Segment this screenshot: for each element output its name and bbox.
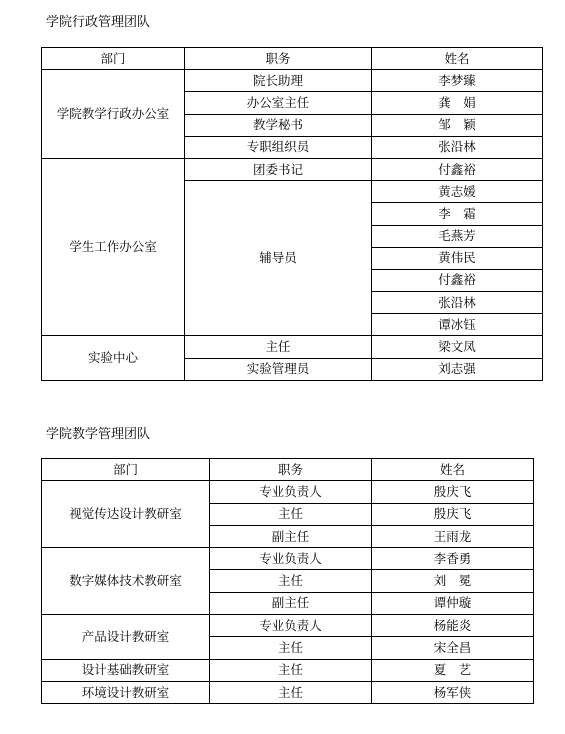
name-cell: 付鑫裕: [372, 269, 543, 291]
name-cell: 殷庆飞: [372, 503, 534, 525]
name-cell: 邹 颖: [372, 114, 543, 136]
department-cell: 视觉传达设计教研室: [42, 481, 210, 548]
table-row: 设计基础教研室 主任 夏 艺: [42, 659, 534, 681]
name-cell: 黄伟民: [372, 247, 543, 269]
position-cell: 专职组织员: [185, 136, 372, 158]
table-header-row: 部门 职务 姓名: [42, 48, 543, 70]
name-cell: 李梦臻: [372, 70, 543, 92]
table-row: 学院教学行政办公室 院长助理 李梦臻: [42, 70, 543, 92]
name-cell: 李 霜: [372, 203, 543, 225]
position-cell: 教学秘书: [185, 114, 372, 136]
position-cell: 主任: [210, 503, 372, 525]
table-row: 学生工作办公室 团委书记 付鑫裕: [42, 158, 543, 180]
position-cell: 专业负责人: [210, 615, 372, 637]
section-title-teaching-team: 学院教学管理团队: [46, 427, 150, 443]
position-cell: 专业负责人: [210, 481, 372, 503]
position-cell: 主任: [210, 637, 372, 659]
admin-team-table: 部门 职务 姓名 学院教学行政办公室 院长助理 李梦臻 办公室主任 龚 娟 教学…: [41, 47, 543, 381]
department-cell: 实验中心: [42, 336, 185, 380]
name-cell: 杨能炎: [372, 615, 534, 637]
position-cell: 专业负责人: [210, 548, 372, 570]
position-cell: 院长助理: [185, 70, 372, 92]
name-cell: 张沿林: [372, 292, 543, 314]
name-cell: 李香勇: [372, 548, 534, 570]
name-cell: 宋全昌: [372, 637, 534, 659]
table-row: 数字媒体技术教研室 专业负责人 李香勇: [42, 548, 534, 570]
header-name: 姓名: [372, 459, 534, 481]
name-cell: 谭冰钰: [372, 314, 543, 336]
table-row: 实验中心 主任 梁文凤: [42, 336, 543, 358]
position-cell: 主任: [185, 336, 372, 358]
table-row: 视觉传达设计教研室 专业负责人 殷庆飞: [42, 481, 534, 503]
position-cell: 实验管理员: [185, 358, 372, 380]
header-position: 职务: [210, 459, 372, 481]
name-cell: 夏 艺: [372, 659, 534, 681]
position-cell: 团委书记: [185, 158, 372, 180]
name-cell: 刘志强: [372, 358, 543, 380]
section-title-admin-team: 学院行政管理团队: [46, 15, 150, 31]
name-cell: 殷庆飞: [372, 481, 534, 503]
header-name: 姓名: [372, 48, 543, 70]
table-header-row: 部门 职务 姓名: [42, 459, 534, 481]
name-cell: 毛燕芳: [372, 225, 543, 247]
position-cell: 辅导员: [185, 181, 372, 336]
position-cell: 主任: [210, 681, 372, 703]
name-cell: 杨军侠: [372, 681, 534, 703]
department-cell: 数字媒体技术教研室: [42, 548, 210, 615]
department-cell: 环境设计教研室: [42, 681, 210, 703]
table-row: 产品设计教研室 专业负责人 杨能炎: [42, 615, 534, 637]
position-cell: 副主任: [210, 592, 372, 614]
name-cell: 梁文凤: [372, 336, 543, 358]
name-cell: 王雨龙: [372, 525, 534, 547]
name-cell: 张沿林: [372, 136, 543, 158]
name-cell: 龚 娟: [372, 92, 543, 114]
position-cell: 主任: [210, 659, 372, 681]
position-cell: 办公室主任: [185, 92, 372, 114]
header-department: 部门: [42, 48, 185, 70]
department-cell: 产品设计教研室: [42, 615, 210, 660]
name-cell: 谭仲璇: [372, 592, 534, 614]
header-position: 职务: [185, 48, 372, 70]
name-cell: 付鑫裕: [372, 158, 543, 180]
table-row: 环境设计教研室 主任 杨军侠: [42, 681, 534, 703]
position-cell: 主任: [210, 570, 372, 592]
teaching-team-table: 部门 职务 姓名 视觉传达设计教研室 专业负责人 殷庆飞 主任 殷庆飞 副主任 …: [41, 458, 534, 704]
department-cell: 学院教学行政办公室: [42, 70, 185, 159]
department-cell: 学生工作办公室: [42, 158, 185, 336]
header-department: 部门: [42, 459, 210, 481]
name-cell: 刘 冕: [372, 570, 534, 592]
position-cell: 副主任: [210, 525, 372, 547]
department-cell: 设计基础教研室: [42, 659, 210, 681]
name-cell: 黄志媛: [372, 181, 543, 203]
